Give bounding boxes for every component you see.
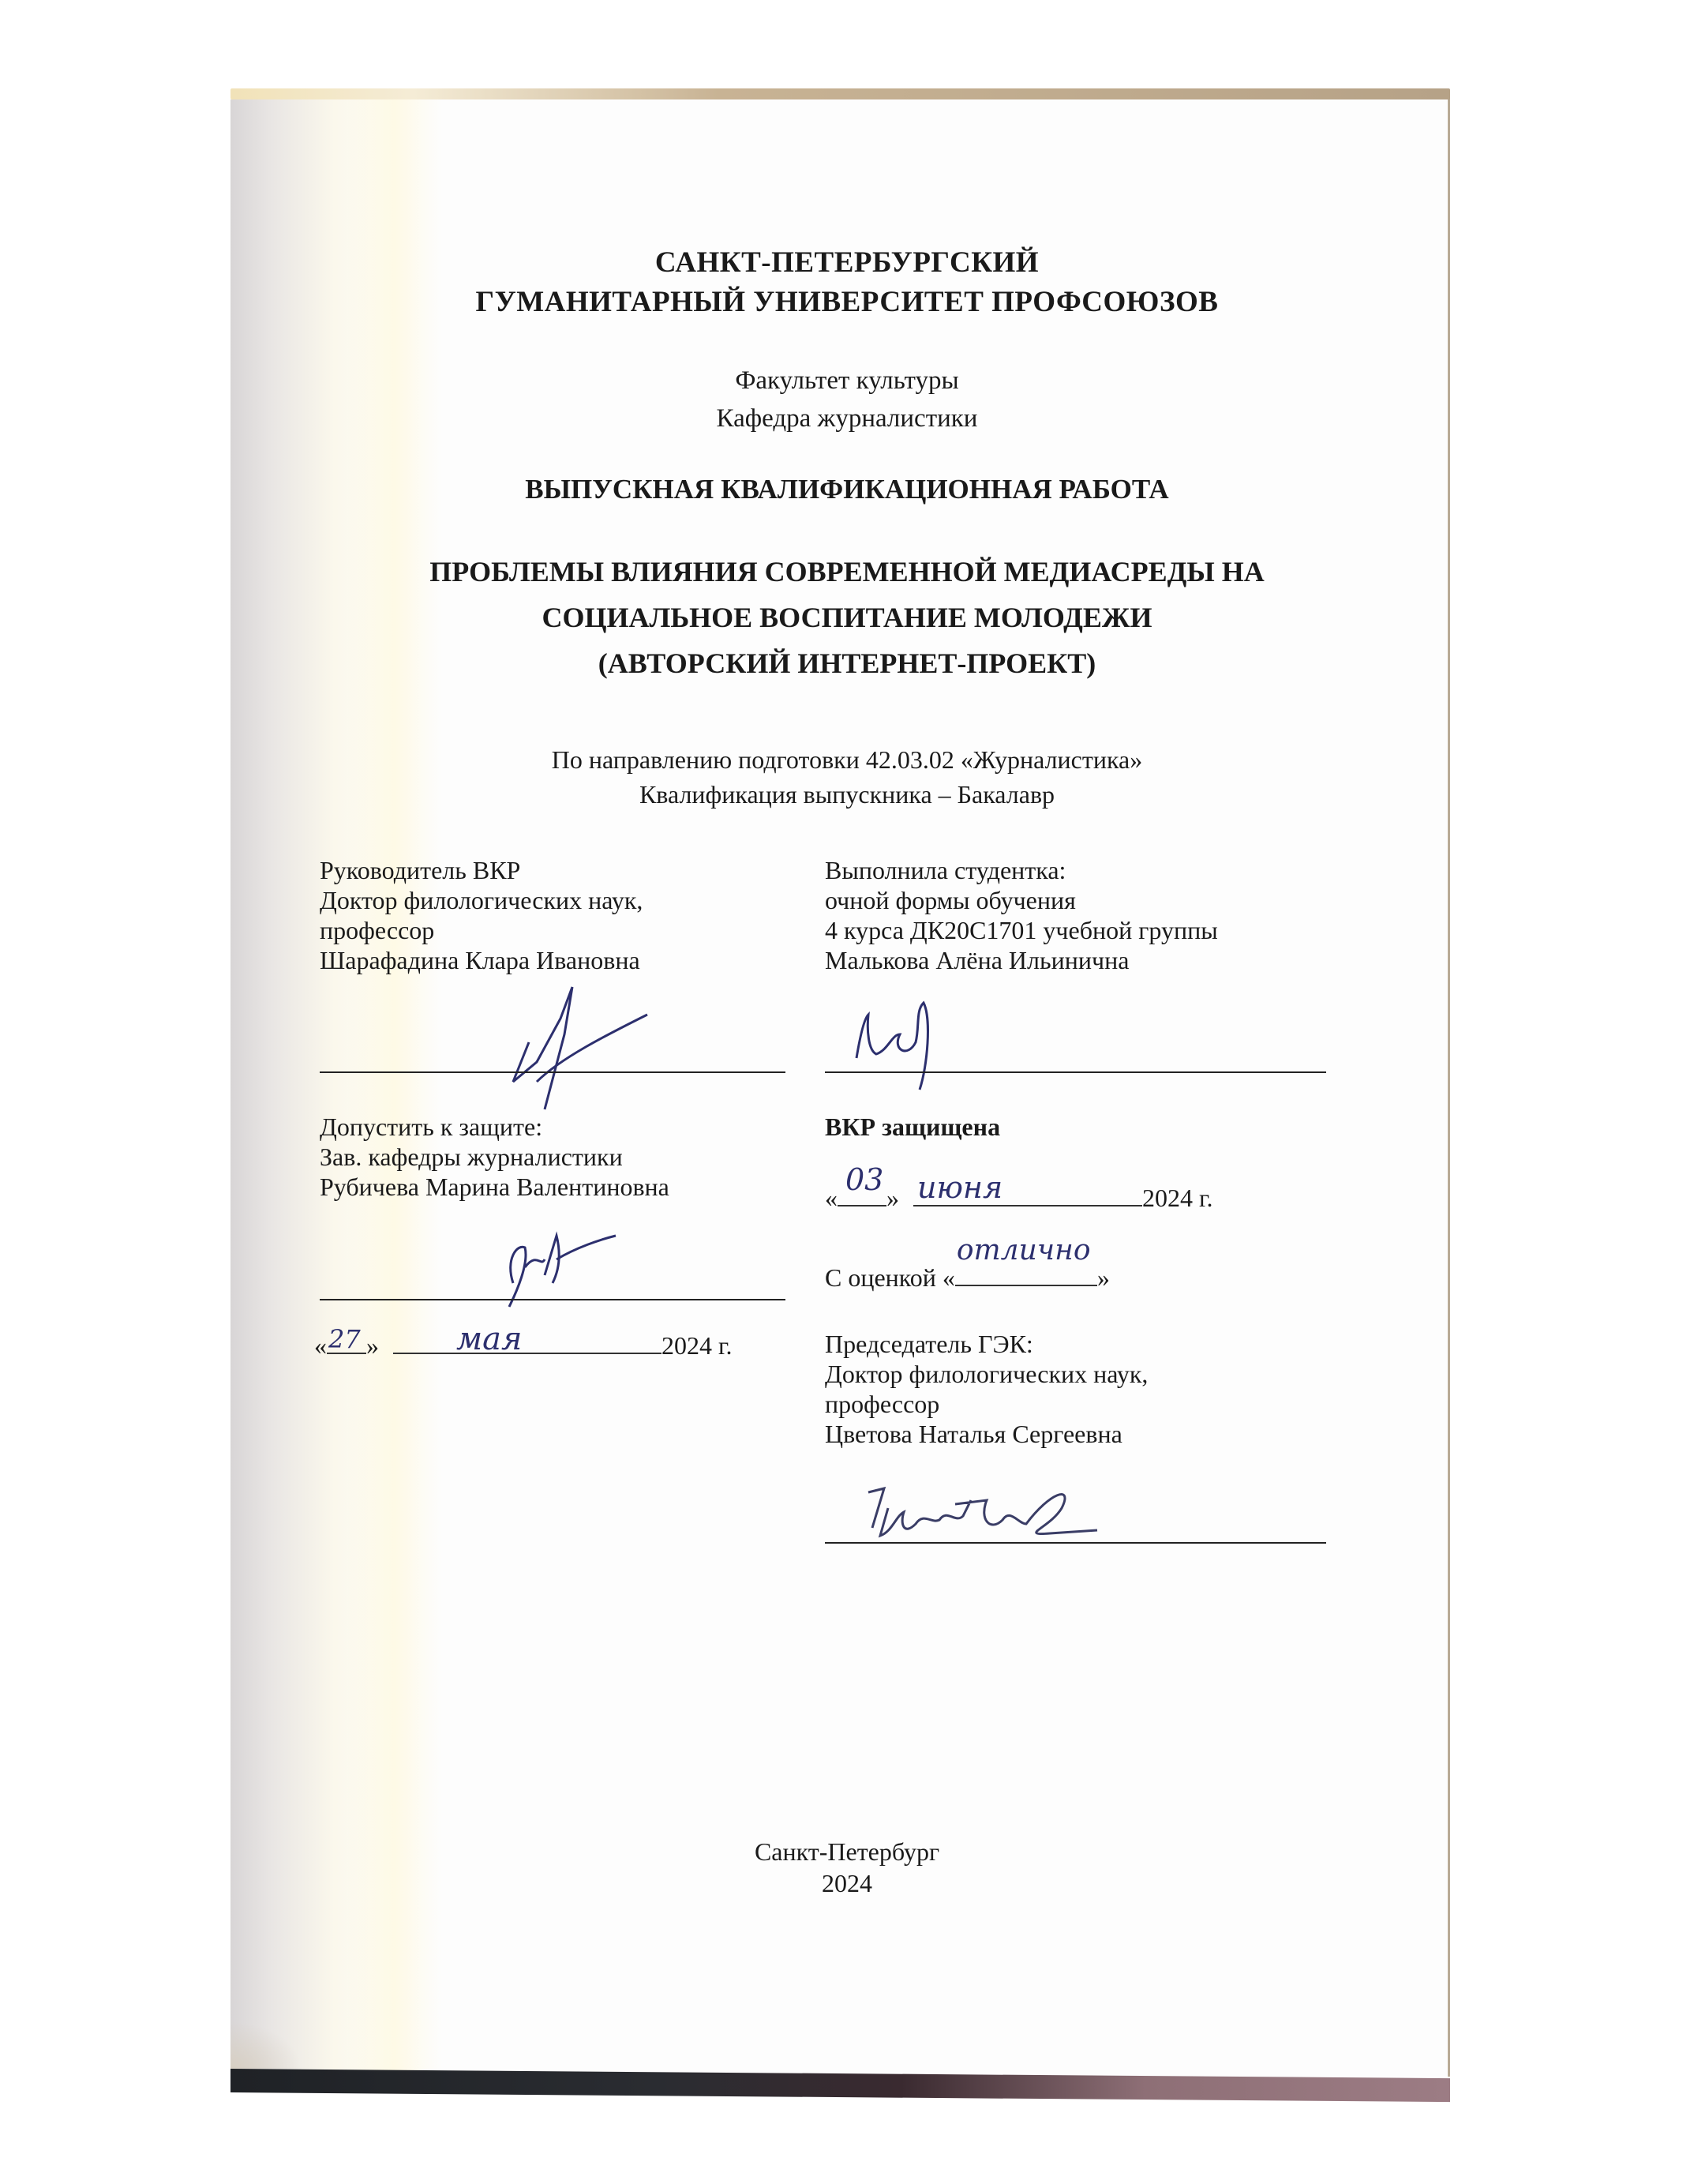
corner-shadow: [230, 2021, 302, 2069]
chair-signature: [860, 1477, 1113, 1548]
qualification: Квалификация выпускника – Бакалавр: [0, 777, 1694, 812]
admission-month-field[interactable]: мая: [393, 1329, 661, 1354]
defense-year: 2024 г.: [1142, 1184, 1213, 1212]
head-of-department-signature: [482, 1220, 639, 1315]
topic-line-1: ПРОБЛЕМЫ ВЛИЯНИЯ СОВРЕМЕННОЙ МЕДИАСРЕДЫ …: [0, 549, 1694, 595]
university-line-1: САНКТ-ПЕТЕРБУРГСКИЙ: [0, 243, 1694, 283]
supervisor-role: Руководитель ВКР: [320, 855, 785, 885]
page-top-edge: [230, 88, 1450, 99]
student-signature: [845, 987, 955, 1090]
chair-block: Председатель ГЭК: Доктор филологических …: [825, 1329, 1330, 1449]
supervisor-degree: Доктор филологических наук,: [320, 885, 785, 915]
student-block: Выполнила студентка: очной формы обучени…: [825, 855, 1330, 975]
footer-city: Санкт-Петербург: [0, 1836, 1694, 1867]
footer: Санкт-Петербург 2024: [0, 1836, 1694, 1899]
topic-line-2: СОЦИАЛЬНОЕ ВОСПИТАНИЕ МОЛОДЕЖИ: [0, 595, 1694, 640]
admission-block: Допустить к защите: Зав. кафедры журнали…: [320, 1112, 785, 1202]
chair-role: Председатель ГЭК:: [825, 1329, 1330, 1359]
university-line-2: ГУМАНИТАРНЫЙ УНИВЕРСИТЕТ ПРОФСОЮЗОВ: [0, 283, 1694, 322]
supervisor-signature-line[interactable]: [320, 1071, 785, 1073]
head-of-department-signature-line[interactable]: [320, 1299, 785, 1300]
footer-year: 2024: [0, 1867, 1694, 1899]
student-name: Малькова Алёна Ильинична: [825, 945, 1330, 975]
work-type-heading: ВЫПУСКНАЯ КВАЛИФИКАЦИОННАЯ РАБОТА: [0, 474, 1694, 505]
admission-year: 2024 г.: [661, 1331, 733, 1360]
university-name: САНКТ-ПЕТЕРБУРГСКИЙ ГУМАНИТАРНЫЙ УНИВЕРС…: [0, 243, 1694, 322]
student-study-form: очной формы обучения: [825, 885, 1330, 915]
thesis-topic: ПРОБЛЕМЫ ВЛИЯНИЯ СОВРЕМЕННОЙ МЕДИАСРЕДЫ …: [0, 549, 1694, 686]
chair-title: профессор: [825, 1389, 1330, 1419]
supervisor-title: профессор: [320, 915, 785, 945]
admission-name: Рубичева Марина Валентиновна: [320, 1172, 785, 1202]
admission-date: «27» мая2024 г.: [314, 1329, 733, 1360]
chair-name: Цветова Наталья Сергеевна: [825, 1419, 1330, 1449]
supervisor-block: Руководитель ВКР Доктор филологических н…: [320, 855, 785, 975]
study-direction-block: По направлению подготовки 42.03.02 «Журн…: [0, 742, 1694, 812]
student-signature-line[interactable]: [825, 1071, 1326, 1073]
admission-day-field[interactable]: 27: [327, 1329, 366, 1354]
defense-grade: С оценкой «отлично»: [825, 1261, 1110, 1293]
faculty-block: Факультет культуры Кафедра журналистики: [0, 362, 1694, 437]
defense-date: «03» июня2024 г.: [825, 1181, 1213, 1213]
chair-signature-line[interactable]: [825, 1542, 1326, 1544]
grade-field[interactable]: отлично: [955, 1261, 1097, 1286]
faculty-name: Факультет культуры: [0, 362, 1694, 400]
topic-line-3: (АВТОРСКИЙ ИНТЕРНЕТ-ПРОЕКТ): [0, 640, 1694, 686]
department-name: Кафедра журналистики: [0, 400, 1694, 437]
chair-degree: Доктор филологических наук,: [825, 1359, 1330, 1389]
student-group: 4 курса ДК20С1701 учебной группы: [825, 915, 1330, 945]
admission-label: Допустить к защите:: [320, 1112, 785, 1142]
study-direction: По направлению подготовки 42.03.02 «Журн…: [0, 742, 1694, 777]
supervisor-signature: [505, 971, 679, 1113]
student-role: Выполнила студентка:: [825, 855, 1330, 885]
defense-month-field[interactable]: июня: [913, 1181, 1142, 1206]
defense-day-field[interactable]: 03: [838, 1181, 886, 1206]
defense-label: ВКР защищена: [825, 1112, 1330, 1142]
admission-position: Зав. кафедры журналистики: [320, 1142, 785, 1172]
